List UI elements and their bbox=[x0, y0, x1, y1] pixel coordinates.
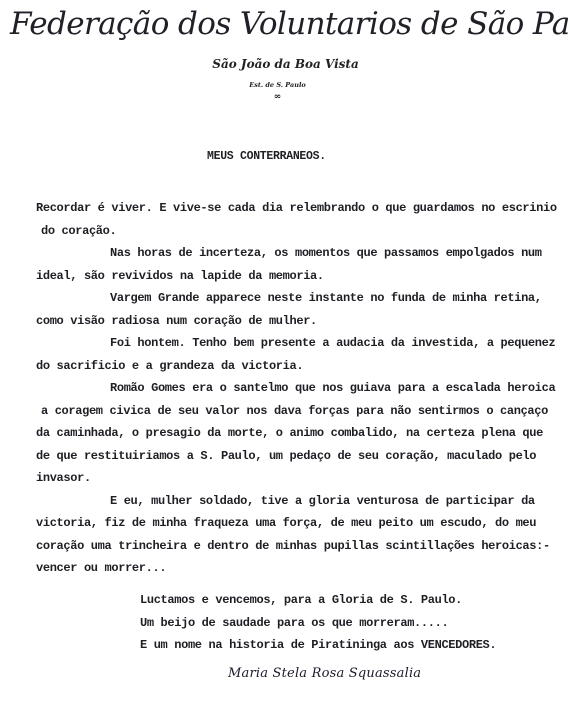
salutation: MEUS CONTERRANEOS. bbox=[207, 150, 326, 163]
body-line: como visão radiosa num coração de mulher… bbox=[36, 314, 317, 328]
body-line: ideal, são revividos na lapide da memori… bbox=[36, 269, 324, 283]
body-line: Nas horas de incerteza, os momentos que … bbox=[110, 246, 542, 260]
body-line: do coração. bbox=[41, 224, 116, 238]
closing-line: E um nome na historia de Piratininga aos… bbox=[140, 638, 496, 652]
body-line: Foi hontem. Tenho bem presente a audacia… bbox=[110, 336, 555, 350]
body-line: victoria, fiz de minha fraqueza uma forç… bbox=[36, 516, 536, 530]
closing-line: Luctamos e vencemos, para a Gloria de S.… bbox=[140, 593, 462, 607]
signature: Maria Stela Rosa Squassalia bbox=[228, 666, 421, 681]
ornament-icon: ∞ bbox=[0, 92, 555, 102]
body-line: coração uma trincheira e dentro de minha… bbox=[36, 539, 550, 553]
letterhead-organization: Federação dos Voluntarios de São Paulo bbox=[10, 6, 530, 42]
body-line: a coragem civica de seu valor nos dava f… bbox=[41, 404, 548, 418]
closing-line: Um beijo de saudade para os que morreram… bbox=[140, 616, 448, 630]
letterhead-city: São João da Boa Vista bbox=[0, 57, 571, 71]
body-line: Romão Gomes era o santelmo que nos guiav… bbox=[110, 381, 555, 395]
body-line: do sacrificio e a grandeza da victoria. bbox=[36, 359, 303, 373]
body-line: invasor. bbox=[36, 471, 91, 485]
body-line: Vargem Grande apparece neste instante no… bbox=[110, 291, 542, 305]
letterhead-state: Est. de S. Paulo bbox=[0, 81, 555, 89]
body-line: de que restituiriamos a S. Paulo, um ped… bbox=[36, 449, 536, 463]
body-line: Recordar é viver. E vive-se cada dia rel… bbox=[36, 201, 557, 215]
body-line: da caminhada, o presagio da morte, o ani… bbox=[36, 426, 543, 440]
body-line: E eu, mulher soldado, tive a gloria vent… bbox=[110, 494, 535, 508]
body-line: vencer ou morrer... bbox=[36, 561, 166, 575]
